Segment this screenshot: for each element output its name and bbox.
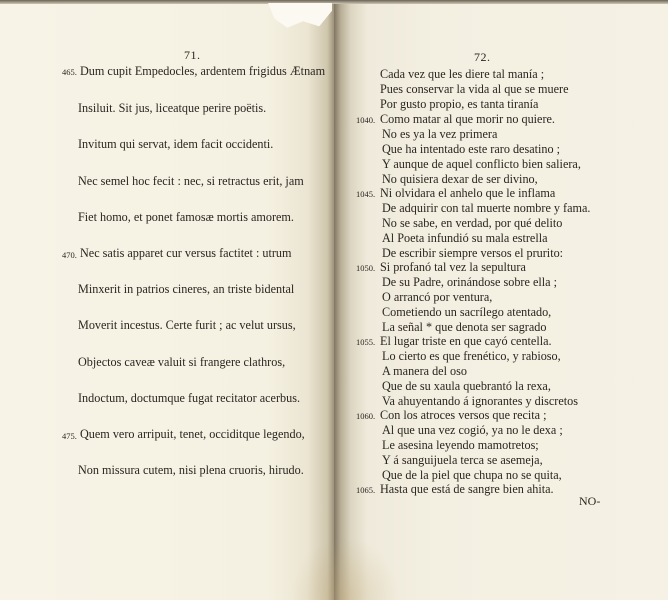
water-stain xyxy=(290,536,400,600)
line-number: 1055. xyxy=(356,337,375,347)
line-number: 1040. xyxy=(356,115,375,125)
line-number: 1045. xyxy=(356,189,375,199)
verse-line: De escribir siempre versos el prurito: xyxy=(382,246,563,261)
verse-line: Minxerit in patrios cineres, an triste b… xyxy=(78,282,294,297)
left-page xyxy=(0,3,334,600)
verse-line: Por gusto propio, es tanta tiranía xyxy=(380,97,538,112)
line-number: 470. xyxy=(62,250,77,260)
verse-line: Lo cierto es que frenético, y rabioso, xyxy=(382,349,561,364)
verse-line: Que de la piel que chupa no se quita, xyxy=(382,468,562,483)
verse-line: De adquirir con tal muerte nombre y fama… xyxy=(382,201,590,216)
verse-line: Si profanó tal vez la sepultura xyxy=(380,260,526,275)
line-number: 475. xyxy=(62,431,77,441)
verse-line: Non missura cutem, nisi plena cruoris, h… xyxy=(78,463,304,478)
verse-line: Pues conservar la vida al que se muere xyxy=(380,82,569,97)
book-spread: 71. 465. Dum cupit Empedocles, ardentem … xyxy=(0,0,668,600)
line-number: 465. xyxy=(62,67,77,77)
verse-line: Dum cupit Empedocles, ardentem frigidus … xyxy=(80,64,325,79)
verse-line: Cada vez que les diere tal manía ; xyxy=(380,67,544,82)
verse-line: No es ya la vez primera xyxy=(382,127,497,142)
verse-line: Ni olvidara el anhelo que le inflama xyxy=(380,186,555,201)
verse-line: Moverit incestus. Certe furit ; ac velut… xyxy=(78,318,296,333)
verse-line: Fiet homo, et ponet famosæ mortis amorem… xyxy=(78,210,294,225)
verse-line: Quem vero arripuit, tenet, occiditque le… xyxy=(80,427,305,442)
verse-line: Hasta que está de sangre bien ahita. xyxy=(380,482,554,497)
verse-line: Le asesina leyendo mamotretos; xyxy=(382,438,539,453)
verse-line: Al Poeta infundió su mala estrella xyxy=(382,231,548,246)
verse-line: Y aunque de aquel conflicto bien saliera… xyxy=(382,157,581,172)
verse-line: A manera del oso xyxy=(382,364,467,379)
verse-line: Como matar al que morir no quiere. xyxy=(380,112,555,127)
verse-line: Cometiendo un sacrílego atentado, xyxy=(382,305,551,320)
verse-line: Nec satis apparet cur versus factitet : … xyxy=(80,246,292,261)
verse-line: No quisiera dexar de ser divino, xyxy=(382,172,538,187)
verse-line: De su Padre, orinándose sobre ella ; xyxy=(382,275,557,290)
line-number: 1065. xyxy=(356,485,375,495)
verse-line: Va ahuyentando á ignorantes y discretos xyxy=(382,394,578,409)
verse-line: Con los atroces versos que recita ; xyxy=(380,408,547,423)
verse-line: Invitum qui servat, idem facit occidenti… xyxy=(78,137,273,152)
verse-line: Nec semel hoc fecit : nec, si retractus … xyxy=(78,174,304,189)
line-number: 1050. xyxy=(356,263,375,273)
line-number: 1060. xyxy=(356,411,375,421)
verse-line: No se sabe, en verdad, por qué delito xyxy=(382,216,562,231)
verse-line: Indoctum, doctumque fugat recitator acer… xyxy=(78,391,300,406)
verse-line: Insiluit. Sit jus, liceatque perire poët… xyxy=(78,101,266,116)
right-page-number: 72. xyxy=(474,50,491,65)
verse-line: Que ha intentado este raro desatino ; xyxy=(382,142,560,157)
verse-line: O arrancó por ventura, xyxy=(382,290,492,305)
verse-line: El lugar triste en que cayó centella. xyxy=(380,334,552,349)
catchword: NO- xyxy=(579,494,600,509)
verse-line: La señal * que denota ser sagrado xyxy=(382,320,546,335)
verse-line: Que de su xaula quebrantó la rexa, xyxy=(382,379,551,394)
left-page-number: 71. xyxy=(184,48,201,63)
verse-line: Objectos caveæ valuit si frangere clathr… xyxy=(78,355,285,370)
top-edge xyxy=(0,0,668,4)
verse-line: Y á sanguijuela terca se asemeja, xyxy=(382,453,543,468)
verse-line: Al que una vez cogió, ya no le dexa ; xyxy=(382,423,563,438)
